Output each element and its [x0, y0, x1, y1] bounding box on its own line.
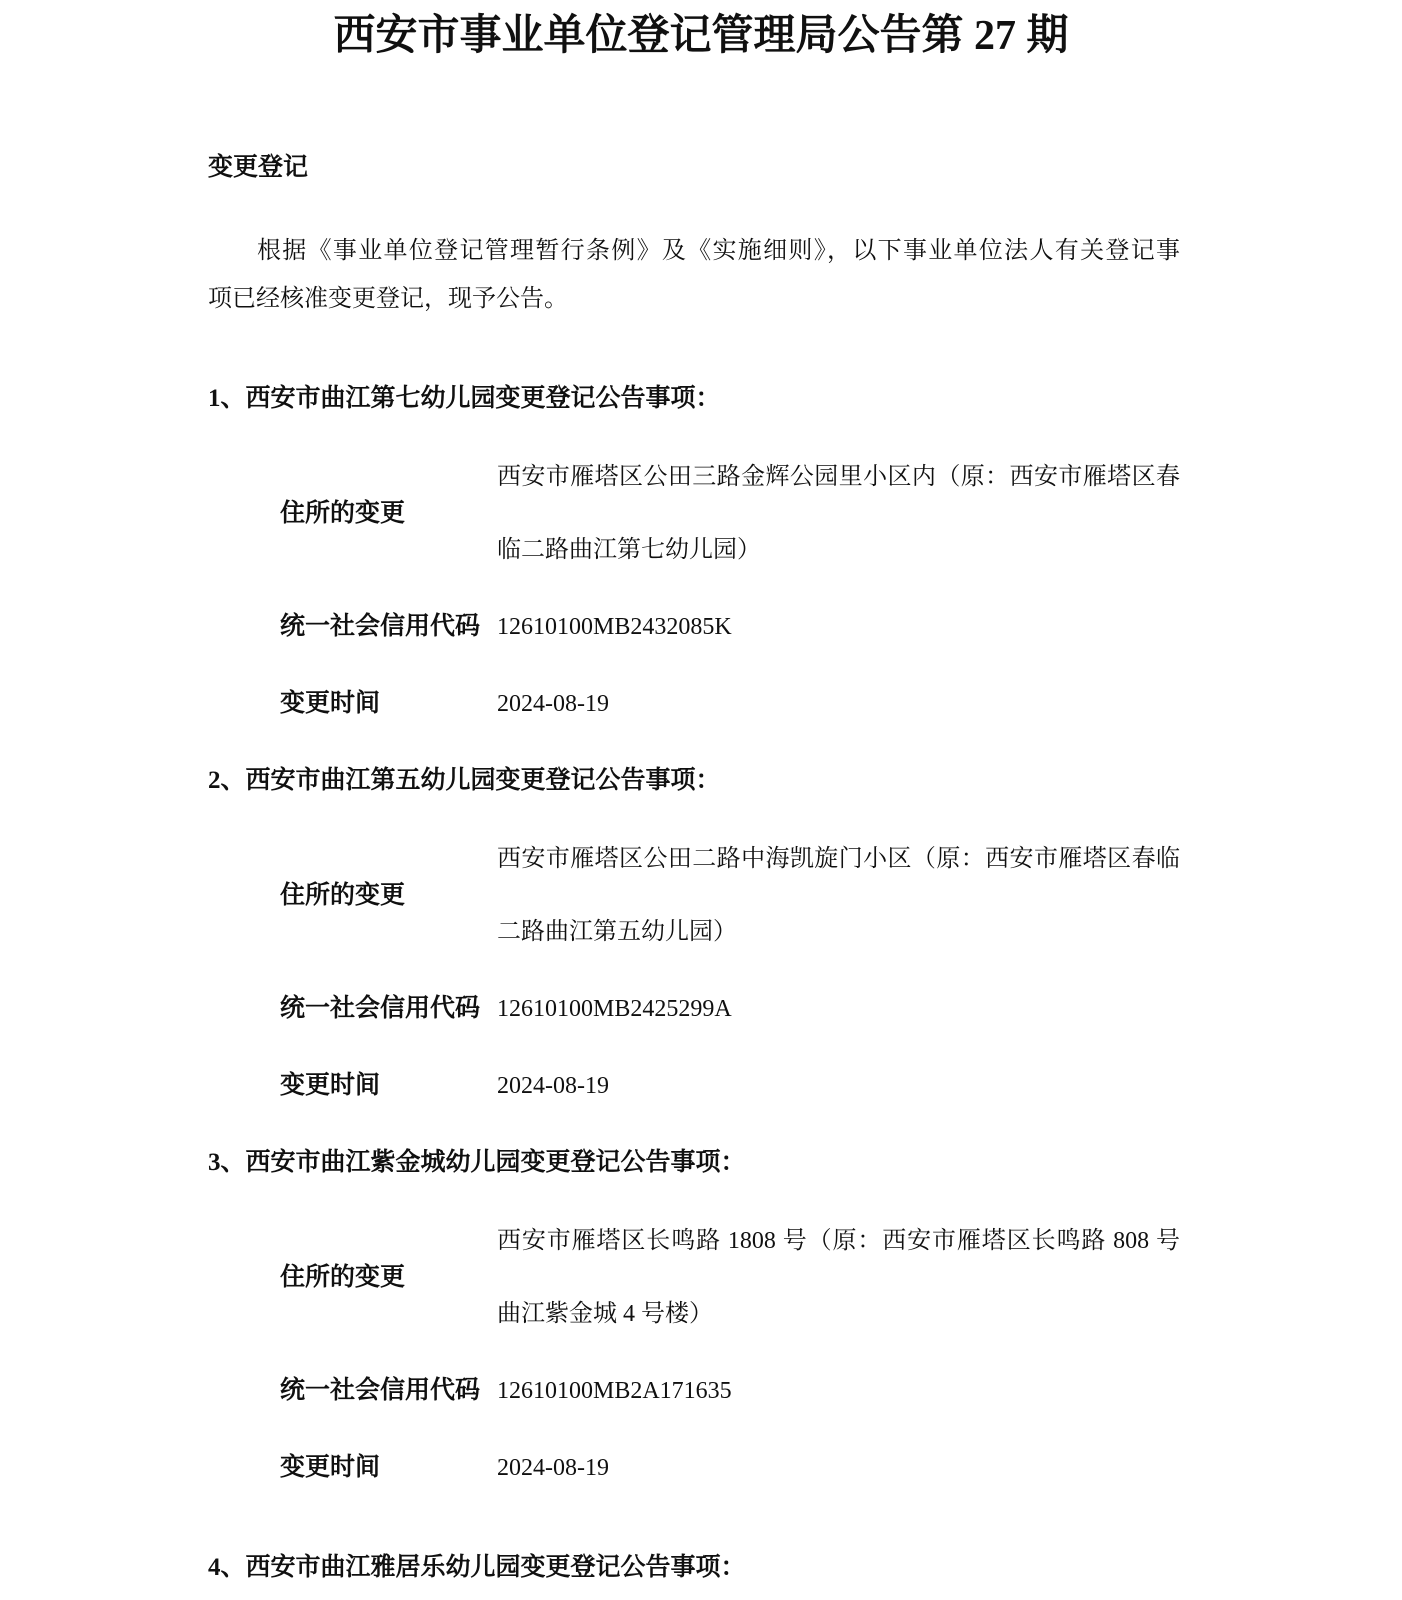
credit-code-value: 12610100MB2425299A — [497, 993, 1180, 1025]
credit-code-value: 12610100MB2A171635 — [497, 1375, 1180, 1407]
address-row: 住所的变更 西安市雁塔区公田三路金辉公园里小区内（原：西安市雁塔区春 临二路曲江… — [280, 461, 1180, 566]
change-date-row: 变更时间 2024-08-19 — [280, 1452, 1180, 1484]
address-row: 住所的变更 西安市雁塔区公田二路中海凯旋门小区（原：西安市雁塔区春临 二路曲江第… — [280, 843, 1180, 948]
section-label: 变更登记 — [208, 152, 1180, 184]
address-value: 西安市雁塔区长鸣路 1808 号（原：西安市雁塔区长鸣路 808 号 曲江紫金城… — [497, 1225, 1180, 1330]
change-date-row: 变更时间 2024-08-19 — [280, 1070, 1180, 1102]
credit-code-value: 12610100MB2432085K — [497, 611, 1180, 643]
address-value: 西安市雁塔区公田三路金辉公园里小区内（原：西安市雁塔区春 临二路曲江第七幼儿园） — [497, 461, 1180, 566]
address-label: 住所的变更 — [280, 1262, 497, 1294]
credit-code-row: 统一社会信用代码 12610100MB2432085K — [280, 611, 1180, 643]
address-line-2: 曲江紫金城 4 号楼） — [497, 1298, 1180, 1330]
address-value: 西安市雁塔区公田二路中海凯旋门小区（原：西安市雁塔区春临 二路曲江第五幼儿园） — [497, 843, 1180, 948]
credit-code-label: 统一社会信用代码 — [280, 993, 497, 1025]
registration-item-3: 3、西安市曲江紫金城幼儿园变更登记公告事项： 住所的变更 西安市雁塔区长鸣路 1… — [208, 1147, 1180, 1484]
credit-code-row: 统一社会信用代码 12610100MB2425299A — [280, 993, 1180, 1025]
item-heading: 1、西安市曲江第七幼儿园变更登记公告事项： — [208, 383, 1180, 415]
change-date-label: 变更时间 — [280, 1452, 497, 1484]
change-date-row: 变更时间 2024-08-19 — [280, 688, 1180, 720]
registration-item-2: 2、西安市曲江第五幼儿园变更登记公告事项： 住所的变更 西安市雁塔区公田二路中海… — [208, 765, 1180, 1102]
change-date-value: 2024-08-19 — [497, 688, 1180, 720]
address-line-2: 二路曲江第五幼儿园） — [497, 916, 1180, 948]
registration-item-4: 4、西安市曲江雅居乐幼儿园变更登记公告事项： — [208, 1552, 1180, 1584]
registration-item-1: 1、西安市曲江第七幼儿园变更登记公告事项： 住所的变更 西安市雁塔区公田三路金辉… — [208, 383, 1180, 720]
address-label: 住所的变更 — [280, 880, 497, 912]
announcement-page: 西安市事业单位登记管理局公告第 27 期 变更登记 根据《事业单位登记管理暂行条… — [0, 12, 1402, 1584]
document-body: 变更登记 根据《事业单位登记管理暂行条例》及《实施细则》，以下事业单位法人有关登… — [208, 152, 1180, 1584]
address-label: 住所的变更 — [280, 498, 497, 530]
change-date-label: 变更时间 — [280, 688, 497, 720]
item-fields: 住所的变更 西安市雁塔区长鸣路 1808 号（原：西安市雁塔区长鸣路 808 号… — [280, 1225, 1180, 1484]
address-row: 住所的变更 西安市雁塔区长鸣路 1808 号（原：西安市雁塔区长鸣路 808 号… — [280, 1225, 1180, 1330]
intro-paragraph: 根据《事业单位登记管理暂行条例》及《实施细则》，以下事业单位法人有关登记事 项已… — [208, 227, 1180, 323]
credit-code-label: 统一社会信用代码 — [280, 1375, 497, 1407]
address-line-1: 西安市雁塔区公田二路中海凯旋门小区（原：西安市雁塔区春临 — [497, 843, 1180, 875]
credit-code-label: 统一社会信用代码 — [280, 611, 497, 643]
address-line-2: 临二路曲江第七幼儿园） — [497, 534, 1180, 566]
item-heading: 4、西安市曲江雅居乐幼儿园变更登记公告事项： — [208, 1552, 1180, 1584]
intro-line-1: 根据《事业单位登记管理暂行条例》及《实施细则》，以下事业单位法人有关登记事 — [208, 227, 1180, 275]
item-heading: 2、西安市曲江第五幼儿园变更登记公告事项： — [208, 765, 1180, 797]
item-fields: 住所的变更 西安市雁塔区公田二路中海凯旋门小区（原：西安市雁塔区春临 二路曲江第… — [280, 843, 1180, 1102]
change-date-value: 2024-08-19 — [497, 1452, 1180, 1484]
item-heading: 3、西安市曲江紫金城幼儿园变更登记公告事项： — [208, 1147, 1180, 1179]
change-date-label: 变更时间 — [280, 1070, 497, 1102]
address-line-1: 西安市雁塔区公田三路金辉公园里小区内（原：西安市雁塔区春 — [497, 461, 1180, 493]
credit-code-row: 统一社会信用代码 12610100MB2A171635 — [280, 1375, 1180, 1407]
change-date-value: 2024-08-19 — [497, 1070, 1180, 1102]
item-fields: 住所的变更 西安市雁塔区公田三路金辉公园里小区内（原：西安市雁塔区春 临二路曲江… — [280, 461, 1180, 720]
page-title: 西安市事业单位登记管理局公告第 27 期 — [0, 12, 1402, 60]
address-line-1: 西安市雁塔区长鸣路 1808 号（原：西安市雁塔区长鸣路 808 号 — [497, 1225, 1180, 1257]
intro-line-2: 项已经核准变更登记，现予公告。 — [208, 275, 1180, 323]
